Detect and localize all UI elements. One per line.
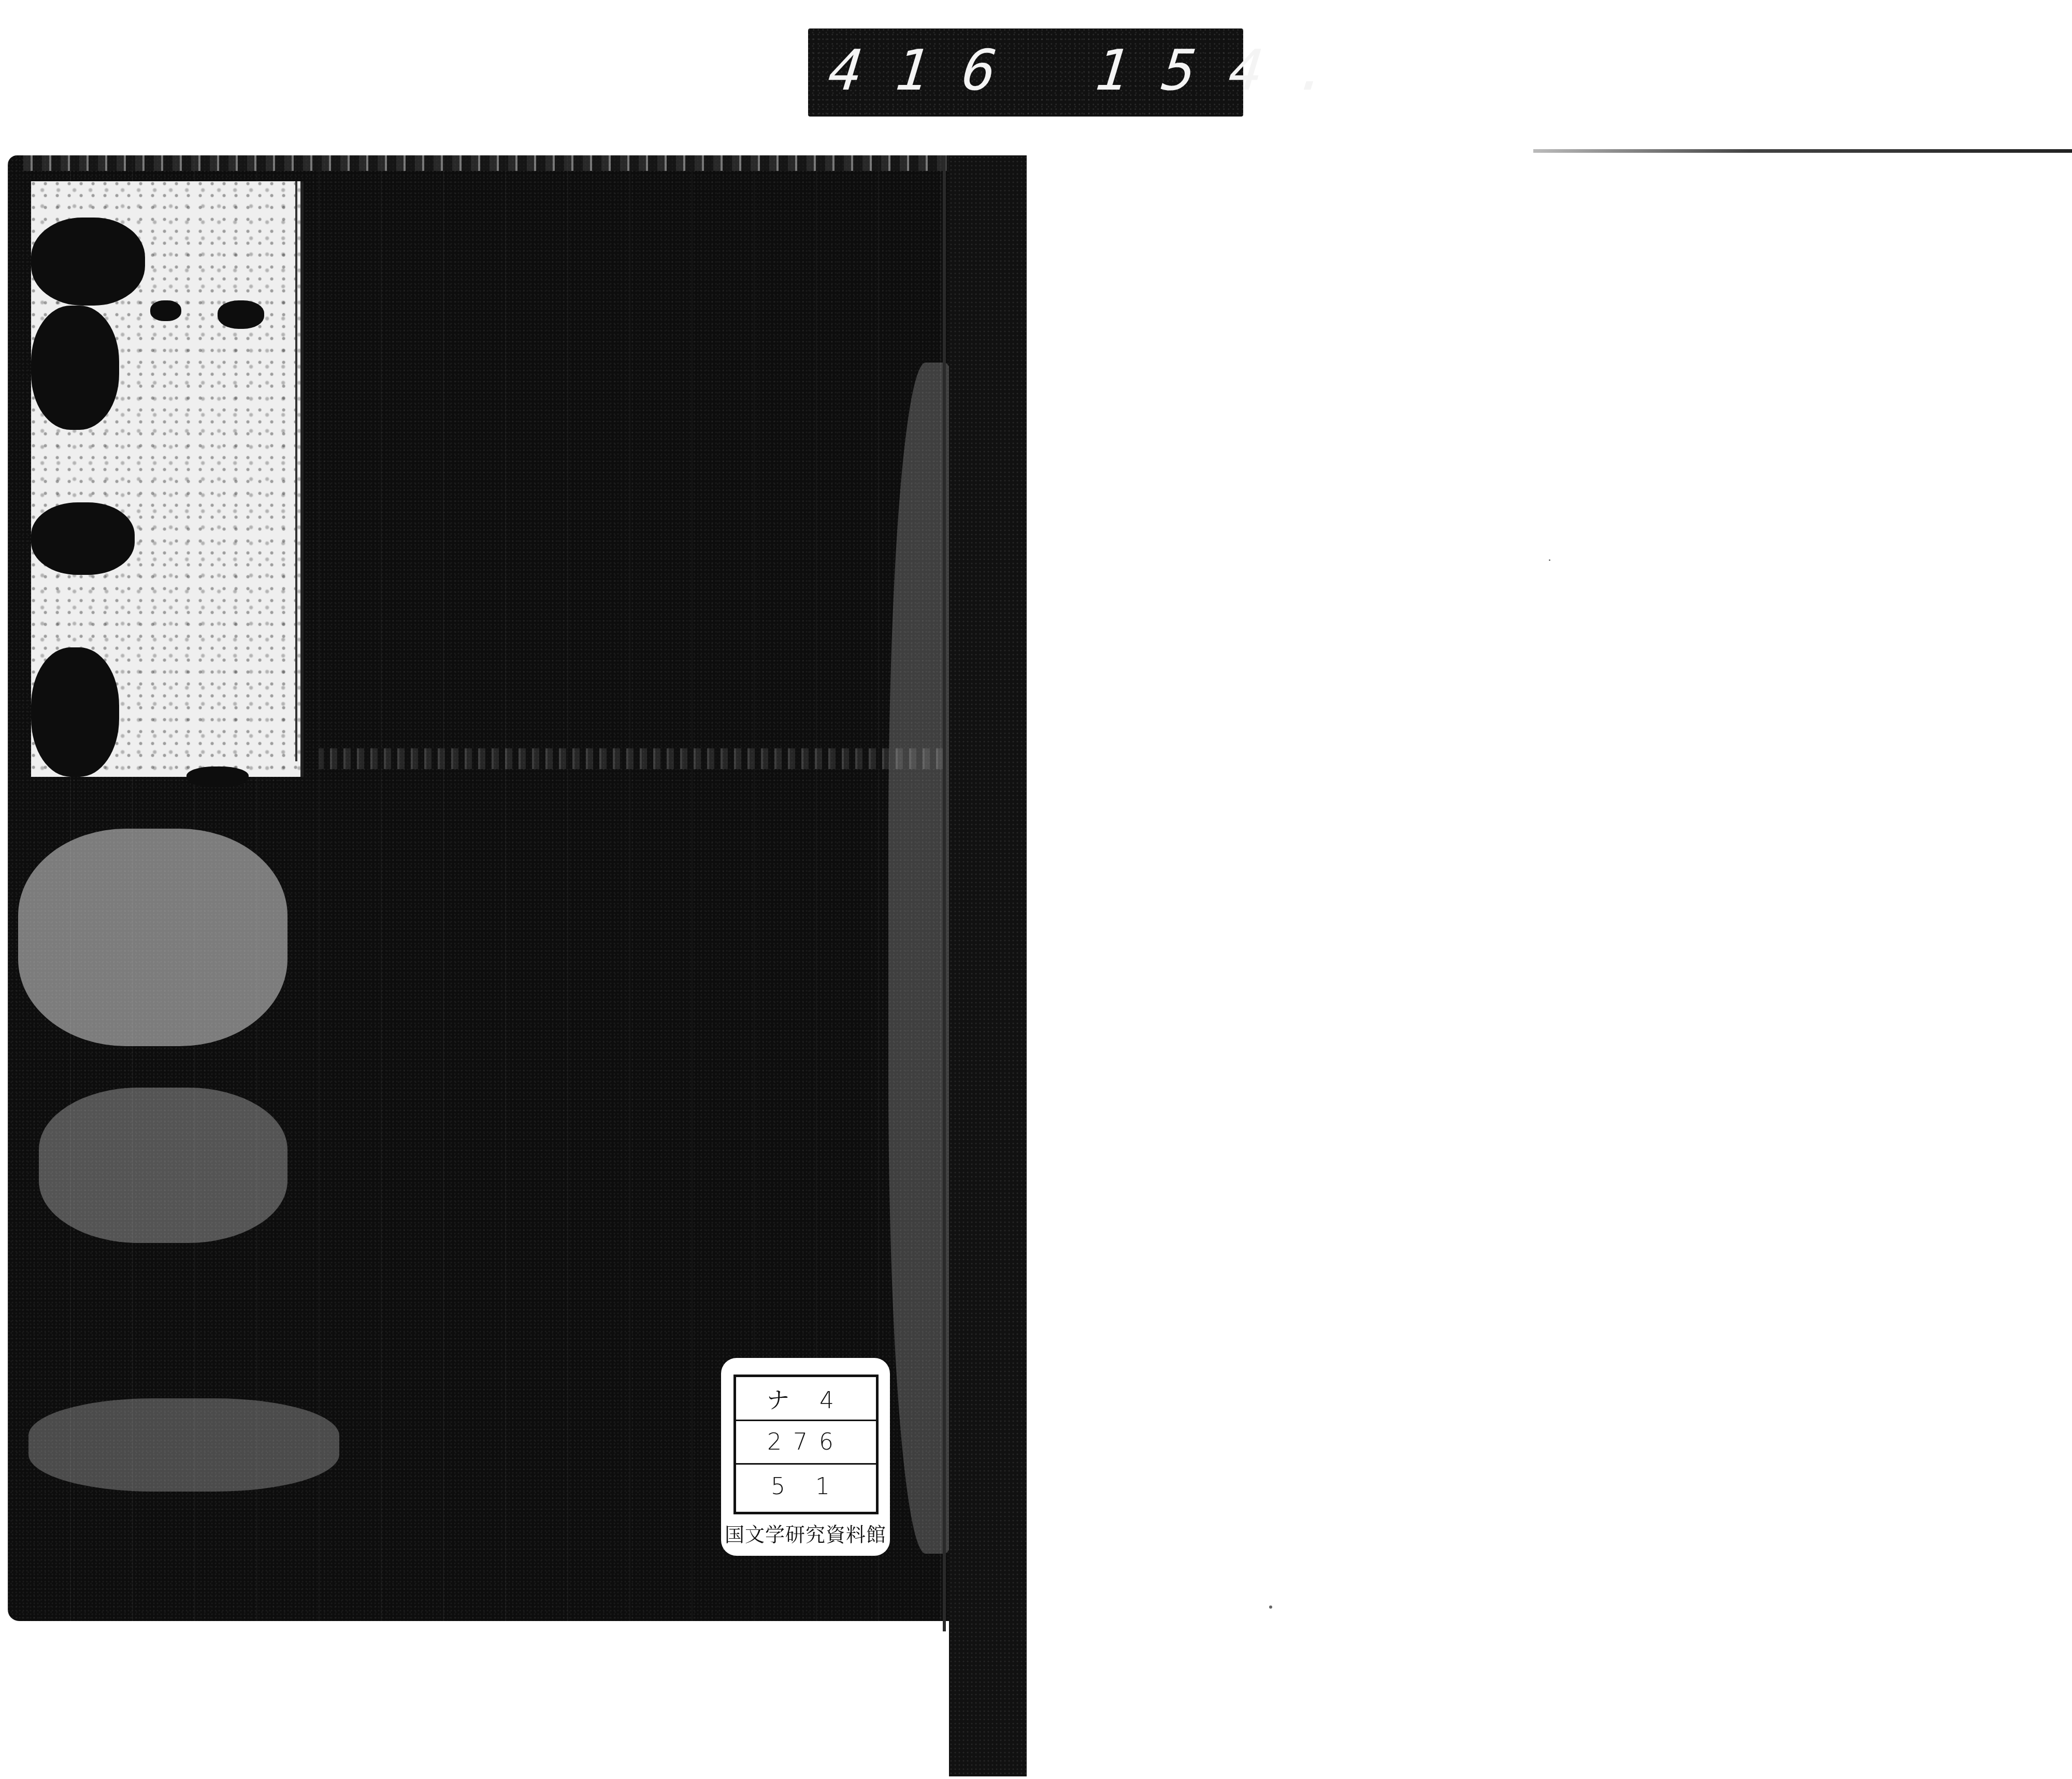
title-slip-stain (31, 647, 119, 777)
reel-number-right: 154. (1092, 43, 1365, 99)
library-call-number-label: ナ 4 276 5 1 国文学研究資料館 (721, 1358, 890, 1556)
title-slip-stain (186, 766, 249, 787)
scan-speck (1549, 559, 1550, 561)
scan-speck (1269, 1606, 1272, 1609)
title-slip-border (295, 181, 297, 761)
institution-name: 国文学研究資料館 (721, 1518, 890, 1547)
call-number-row: ナ 4 (736, 1377, 876, 1421)
title-slip-stain (31, 218, 145, 306)
cover-wear-patch (39, 1088, 287, 1243)
title-slip (31, 181, 304, 777)
book-cover: ナ 4 276 5 1 国文学研究資料館 (8, 155, 1023, 1621)
title-slip-stain (31, 306, 119, 430)
binding-line (943, 155, 946, 1631)
cover-wear-patch (28, 1398, 339, 1492)
call-number-table: ナ 4 276 5 1 (733, 1375, 879, 1514)
call-number-row: 5 1 (736, 1465, 876, 1509)
title-slip-stain (218, 300, 264, 329)
cover-top-edge (23, 155, 1008, 171)
reel-number-left: 416 (826, 43, 1032, 99)
binding-strip (949, 155, 1027, 1776)
title-slip-stain (31, 502, 135, 575)
page-edge-rule (1533, 149, 2072, 153)
call-number-row: 276 (736, 1421, 876, 1465)
cover-wear-patch (18, 829, 287, 1046)
title-slip-stain (150, 300, 181, 321)
reel-number-box: 416 154. (808, 28, 1243, 117)
